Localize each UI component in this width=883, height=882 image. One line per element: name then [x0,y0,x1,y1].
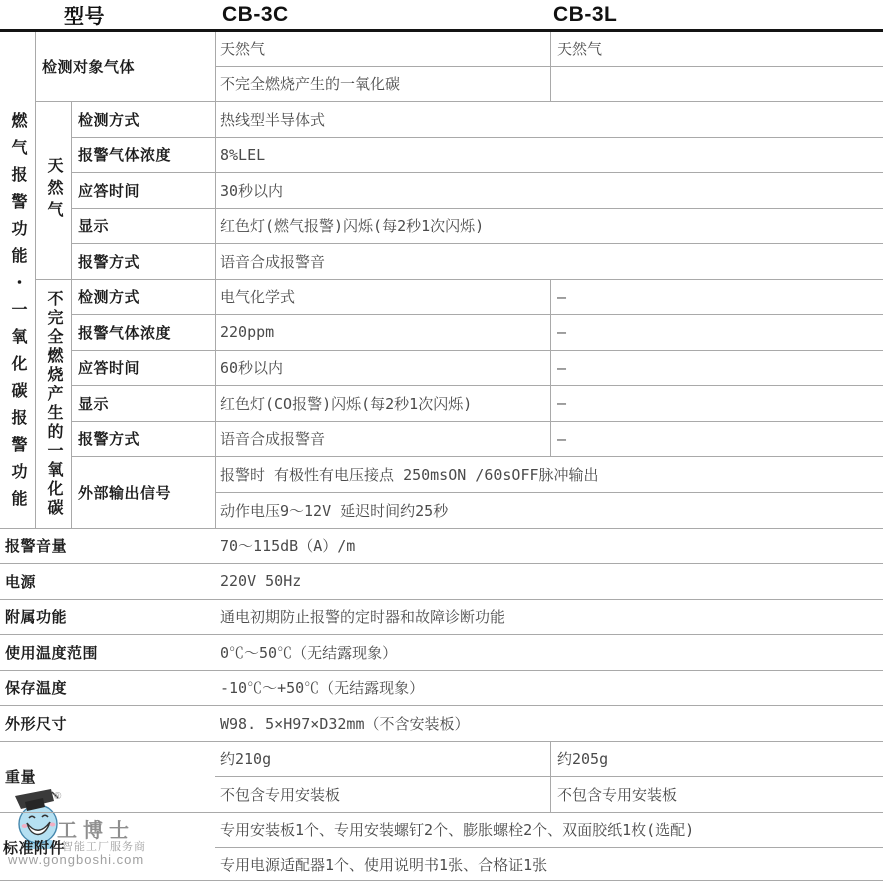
row-label-detection-gas: 检测对象气体 [42,31,135,101]
row-value-dimensions: W98. 5×H97×D32mm（不含安装板） [220,705,470,741]
row-label-storage-temperature: 保存温度 [5,670,67,705]
grid-hline [35,279,883,280]
row-value-ng-response-time: 30秒以内 [220,172,283,208]
row-value-co-response-time-cb3c: 60秒以内 [220,350,283,385]
row-label-co-alarm-mode: 报警方式 [78,421,140,456]
row-label-external-output: 外部输出信号 [78,456,171,528]
grid-hline [0,670,883,671]
detection-gas-cb3l-row1: 天然气 [557,31,602,66]
grid-hline [71,172,883,173]
row-value-power-supply: 220V 50Hz [220,563,301,599]
grid-hline [35,101,883,102]
row-value-weight-cb3c-1: 约210g [220,741,271,776]
grid-hline [71,243,883,244]
row-value-co-detection-method-cb3l: – [557,279,566,314]
spec-sheet: ® 工博士 智能工厂服务商 www.gongboshi.com 型号 CB-3C… [0,0,883,882]
row-value-co-alarm-concentration-cb3l: – [557,314,566,350]
grid-hline [71,137,883,138]
row-value-co-display-cb3l: – [557,385,566,421]
header-model-label: 型号 [64,0,105,29]
row-value-accessories-1: 专用安装板1个、专用安装螺钉2个、膨胀螺栓2个、双面胶纸1枚(选配) [220,812,694,847]
row-label-co-detection-method: 检测方式 [78,279,140,314]
header-model-cb3c: CB-3C [222,0,289,29]
row-label-ng-alarm-mode: 报警方式 [78,243,140,279]
row-value-external-output-2: 动作电压9～12V 延迟时间约25秒 [220,492,448,528]
grid-hline [0,741,883,742]
header-model-cb3l: CB-3L [553,0,617,29]
row-label-power-supply: 电源 [5,563,36,599]
detection-gas-cb3c-row2: 不完全燃烧产生的一氧化碳 [220,66,400,101]
row-label-ng-response-time: 应答时间 [78,172,140,208]
row-label-alarm-volume: 报警音量 [5,528,67,563]
row-value-co-alarm-concentration-cb3c: 220ppm [220,314,274,350]
row-value-attached-functions: 通电初期防止报警的定时器和故障诊断功能 [220,599,505,634]
registered-mark: ® [54,791,61,802]
row-value-co-response-time-cb3l: – [557,350,566,385]
group-label-alarm-functions: 燃气报警功能・一氧化碳报警功能 [0,101,35,528]
detection-gas-cb3c-row1: 天然气 [220,31,265,66]
grid-hline [71,350,883,351]
row-value-accessories-2: 专用电源适配器1个、使用说明书1张、合格证1张 [220,847,547,882]
grid-hline [71,385,883,386]
row-value-co-display-cb3c: 红色灯(CO报警)闪烁(每2秒1次闪烁) [220,385,472,421]
row-value-operating-temperature: 0℃～50℃（无结露现象） [220,634,397,670]
row-label-dimensions: 外形尺寸 [5,705,67,741]
row-value-ng-alarm-concentration: 8%LEL [220,137,265,172]
row-label-ng-display: 显示 [78,208,109,243]
row-value-alarm-volume: 70～115dB（A）/m [220,528,355,563]
row-label-co-response-time: 应答时间 [78,350,140,385]
group-label-natural-gas: 天然气 [36,101,71,279]
row-label-ng-detection-method: 检测方式 [78,101,140,137]
row-value-co-alarm-mode-cb3l: – [557,421,566,456]
grid-vline-models-co [550,279,551,456]
row-value-weight-cb3l-2: 不包含专用安装板 [557,776,677,812]
row-label-weight: 重量 [5,741,36,812]
grid-hline [0,528,883,529]
grid-hline [0,634,883,635]
grid-hline [0,563,883,564]
row-label-standard-accessories: 标准附件 [3,812,65,882]
row-value-ng-alarm-mode: 语音合成报警音 [220,243,325,279]
row-label-co-display: 显示 [78,385,109,421]
row-value-external-output-1: 报警时 有极性有电压接点 250msON /60sOFF脉冲输出 [220,456,599,492]
row-value-co-alarm-mode-cb3c: 语音合成报警音 [220,421,325,456]
row-value-co-detection-method-cb3c: 电气化学式 [220,279,295,314]
group-label-co: 不完全燃烧产生的一氧化碳 [36,279,71,528]
row-label-operating-temperature: 使用温度范围 [5,634,98,670]
row-value-weight-cb3l-1: 约205g [557,741,608,776]
row-value-ng-detection-method: 热线型半导体式 [220,101,325,137]
row-value-storage-temperature: -10℃～+50℃（无结露现象） [220,670,424,705]
row-value-weight-cb3c-2: 不包含专用安装板 [220,776,340,812]
row-value-ng-display: 红色灯(燃气报警)闪烁(每2秒1次闪烁) [220,208,484,243]
row-label-attached-functions: 附属功能 [5,599,67,634]
row-label-co-alarm-concentration: 报警气体浓度 [78,314,171,350]
grid-hline [71,421,883,422]
row-label-ng-alarm-concentration: 报警气体浓度 [78,137,171,172]
grid-hline [71,314,883,315]
